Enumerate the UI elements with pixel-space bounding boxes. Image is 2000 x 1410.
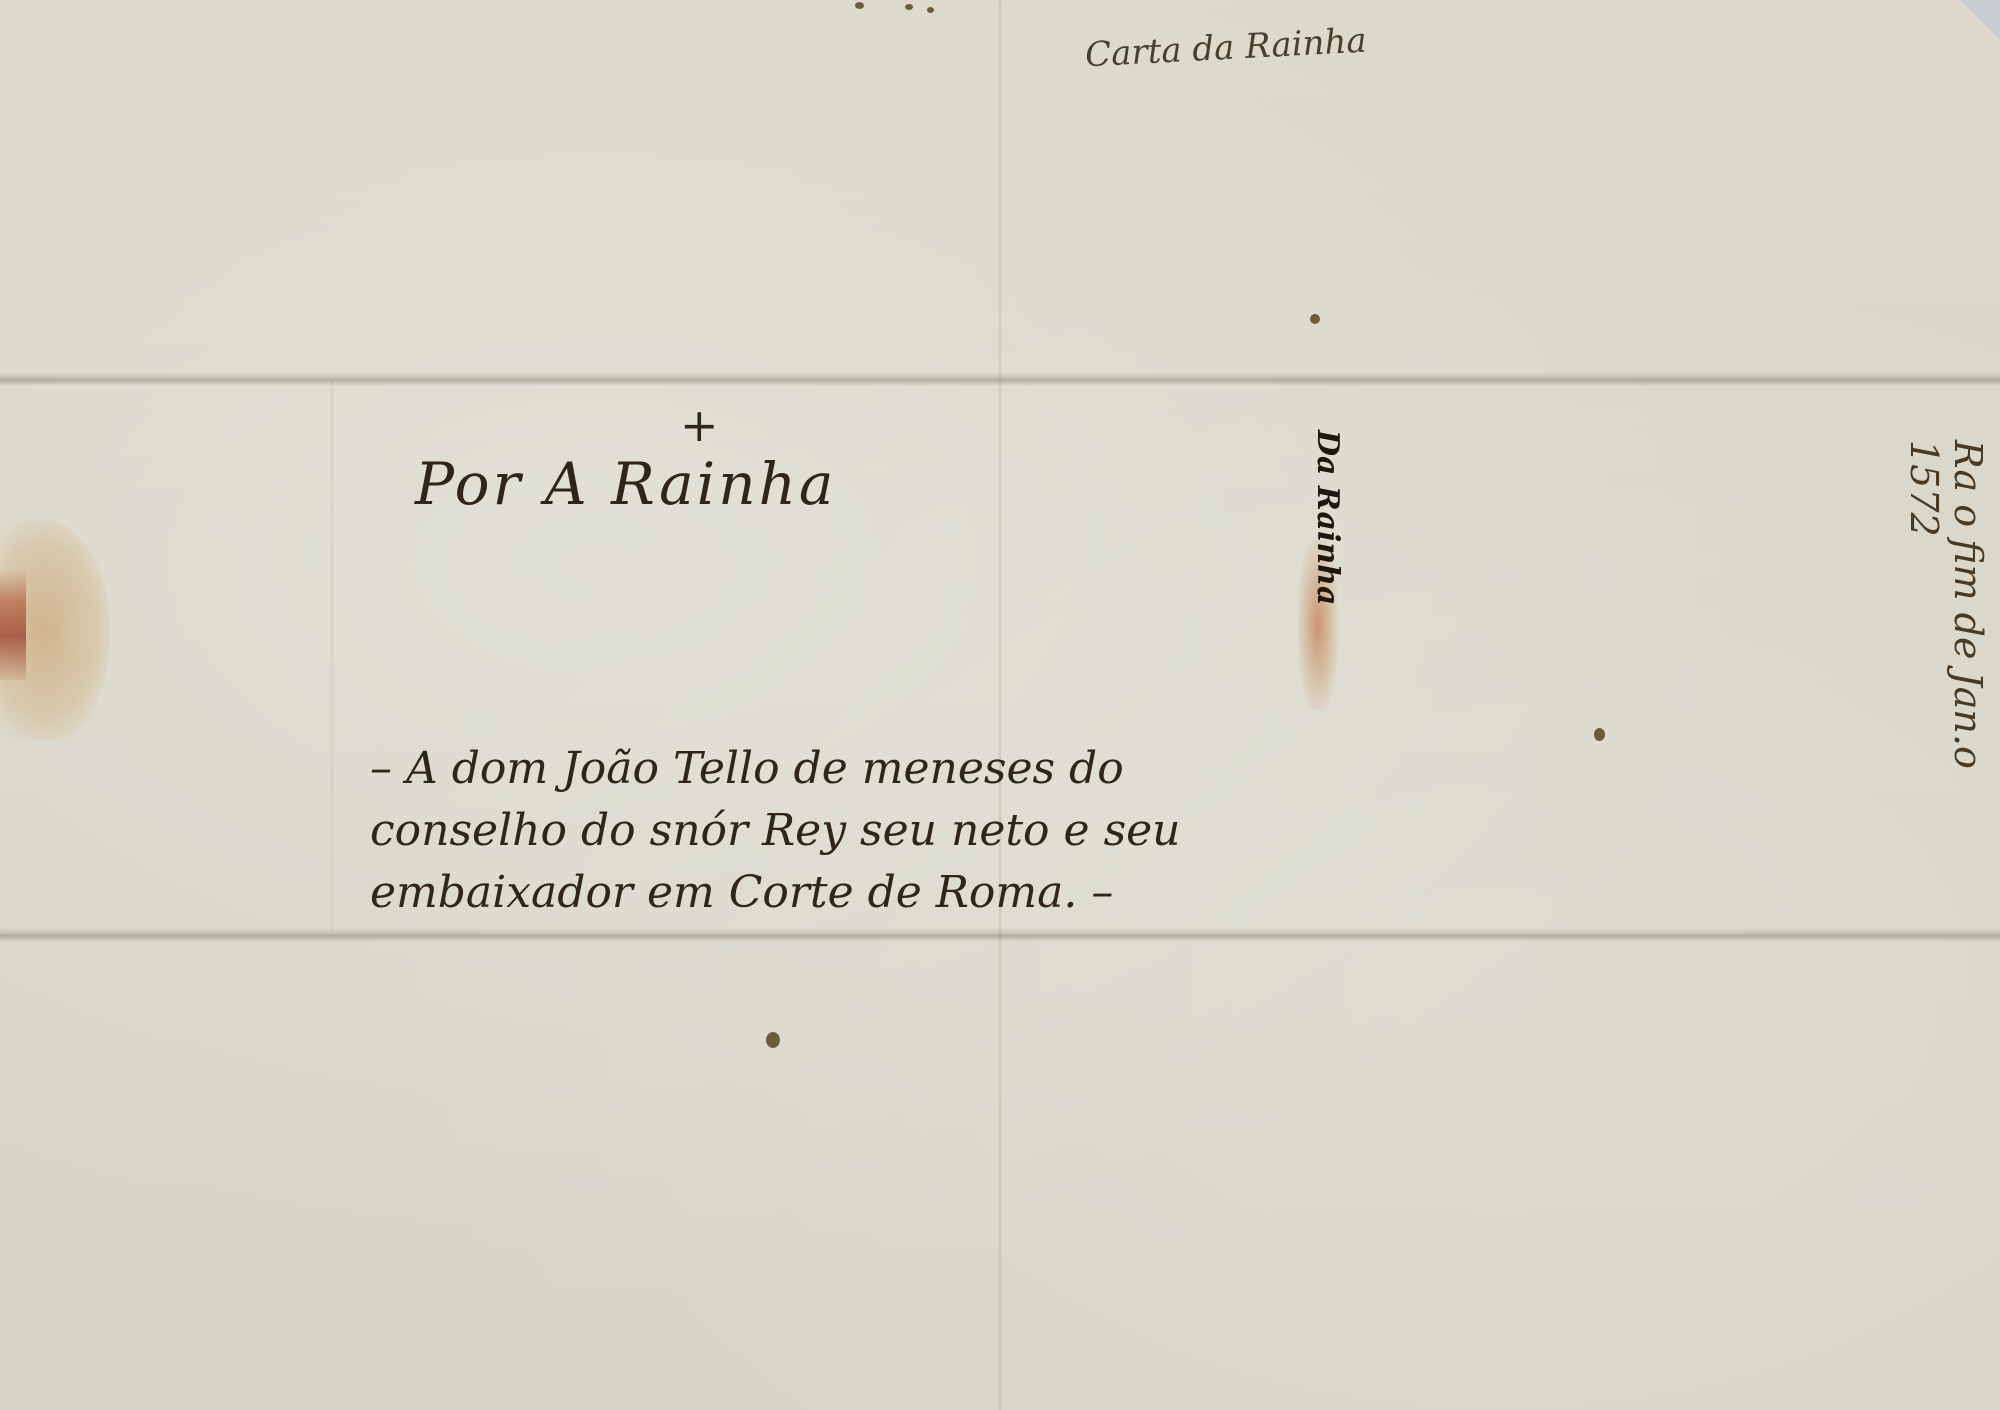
manuscript-page: Carta da Rainha + Por A Rainha – A dom J… [0,0,2000,1410]
margin-note-year: 1572 [1902,440,1946,769]
address-line: conselho do snór Rey seu neto e seu [370,800,1181,862]
ink-spot [1310,314,1320,324]
red-wax-residue [0,570,26,680]
cross-mark: + [680,398,719,452]
ink-spot [766,1032,780,1048]
address-line: – A dom João Tello de meneses do [370,738,1181,800]
address-line: embaixador em Corte de Roma. – [370,862,1181,924]
address-title: Por A Rainha [415,450,837,518]
margin-note-line: Ra o fim de Jan.o [1946,440,1990,769]
margin-date-note: Ra o fim de Jan.o 1572 [1902,440,1990,769]
vertical-endorsement: Da Rainha [1310,430,1345,605]
page-corner [1960,0,2000,40]
archival-note: Carta da Rainha [1084,21,1367,76]
ink-spot [905,4,913,10]
ink-spot [855,2,864,9]
ink-spot [1594,728,1605,741]
fold-line-vertical-left [330,380,334,930]
ink-spot [927,7,934,13]
address-block: – A dom João Tello de meneses do conselh… [370,738,1181,924]
fold-line-vertical [998,0,1002,1410]
